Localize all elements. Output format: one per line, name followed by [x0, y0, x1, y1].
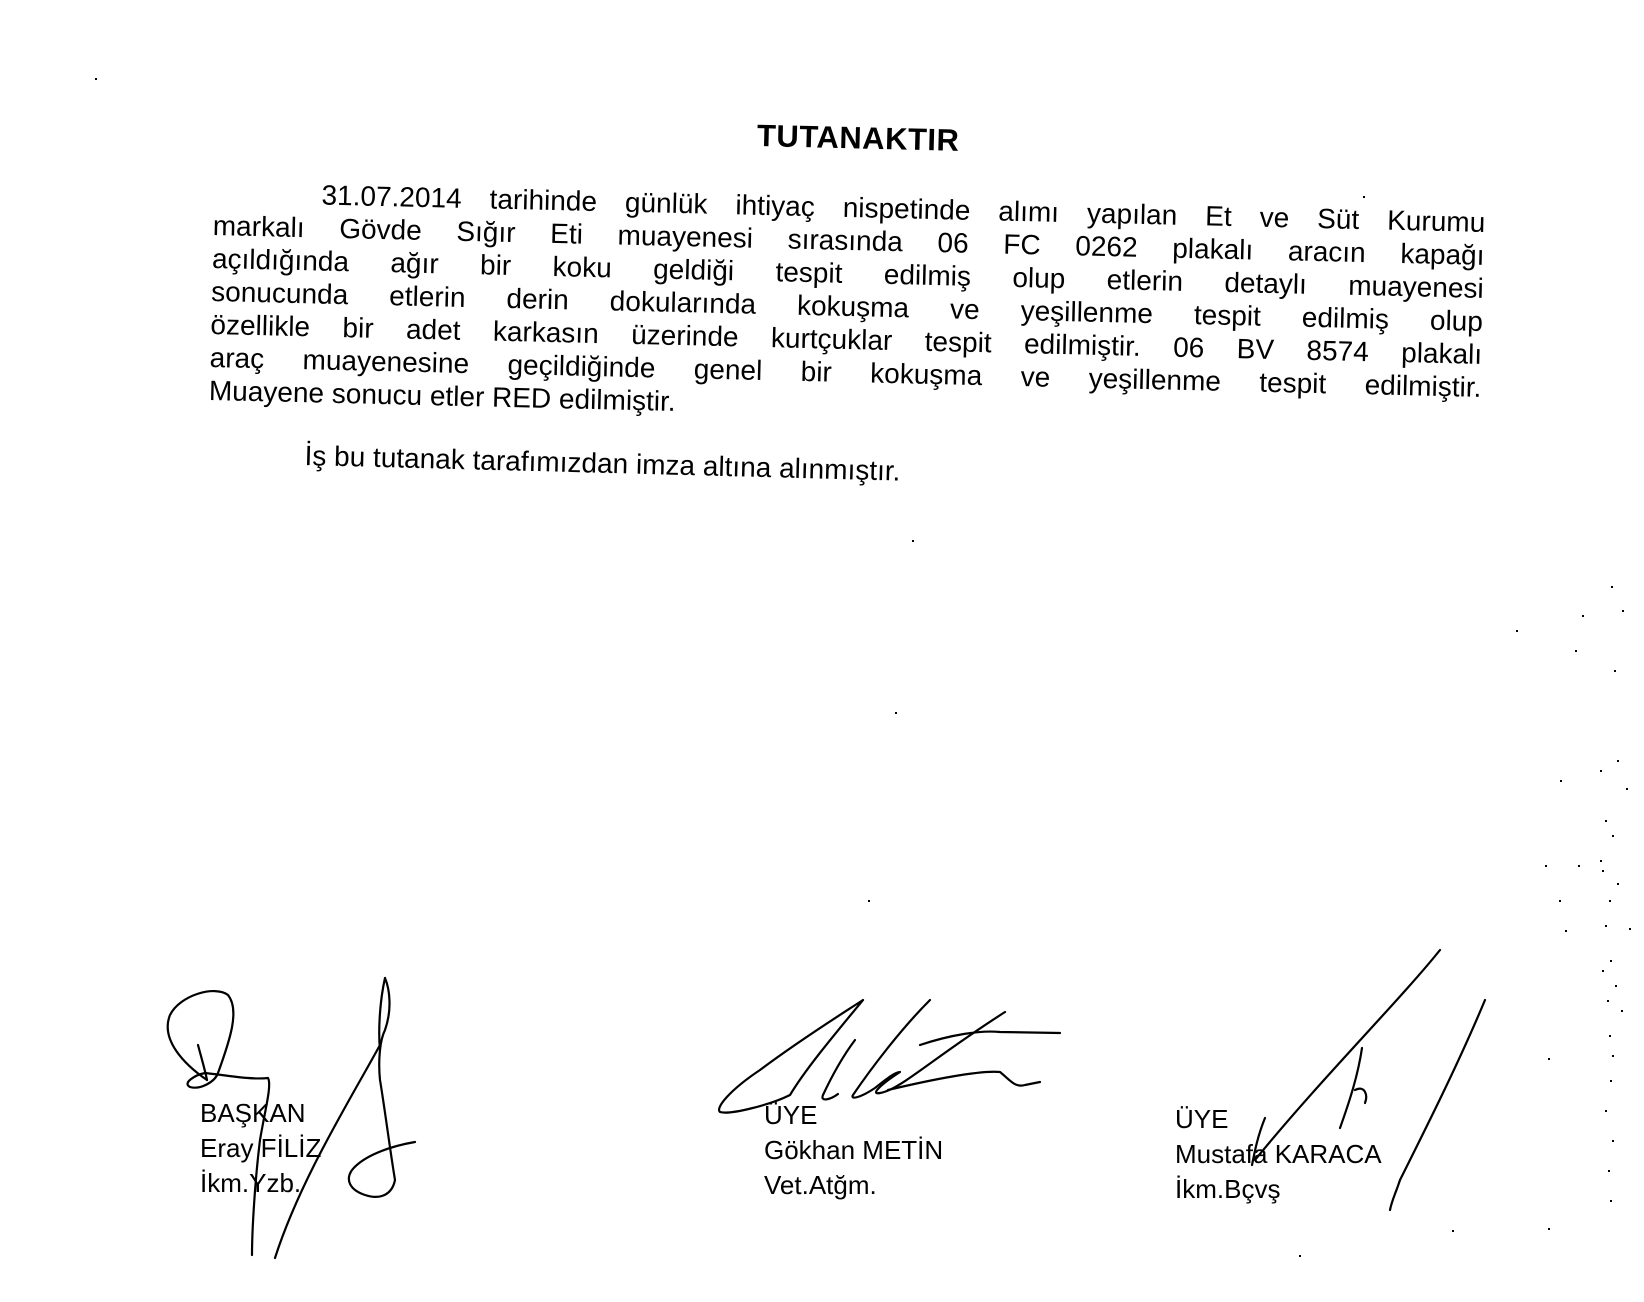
signature-member-1-icon: [719, 1000, 1060, 1113]
document-body: 31.07.2014 tarihinde günlük ihtiyaç nisp…: [209, 176, 1486, 437]
signatory-rank: İkm.Yzb.: [200, 1166, 321, 1201]
signatory-name: Eray FİLİZ: [200, 1131, 321, 1166]
signatory-chairman: BAŞKAN Eray FİLİZ İkm.Yzb.: [200, 1096, 321, 1201]
signatory-name: Mustafa KARACA: [1175, 1137, 1382, 1172]
signatory-member-2: ÜYE Mustafa KARACA İkm.Bçvş: [1175, 1102, 1382, 1207]
signatory-rank: Vet.Atğm.: [764, 1168, 943, 1203]
closing-statement: İş bu tutanak tarafımızdan imza altına a…: [304, 440, 901, 488]
signatory-rank: İkm.Bçvş: [1175, 1172, 1382, 1207]
signatory-role: BAŞKAN: [200, 1096, 321, 1131]
signatory-name: Gökhan METİN: [764, 1133, 943, 1168]
signatory-role: ÜYE: [764, 1098, 943, 1133]
scanned-document-page: TUTANAKTIR 31.07.2014 tarihinde günlük i…: [0, 0, 1644, 1302]
document-title: TUTANAKTIR: [757, 118, 960, 159]
signatory-member-1: ÜYE Gökhan METİN Vet.Atğm.: [764, 1098, 943, 1203]
signatory-role: ÜYE: [1175, 1102, 1382, 1137]
